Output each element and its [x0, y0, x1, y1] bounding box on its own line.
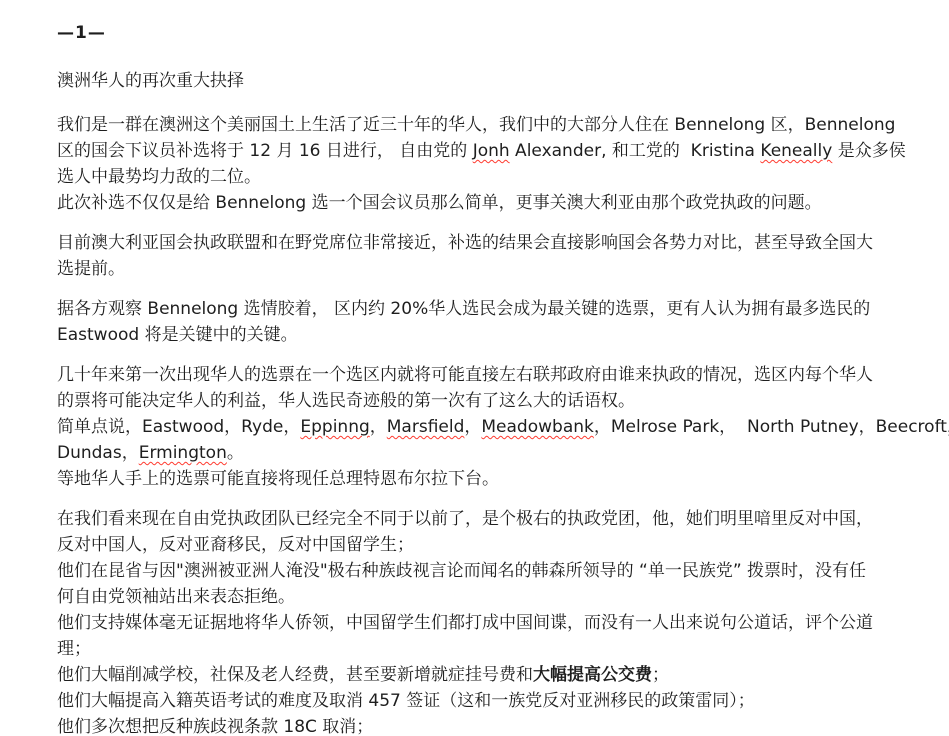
- text-segment: 。: [227, 443, 244, 463]
- text-line: 据各方观察 Bennelong 选情胶着， 区内约 20%华人选民会成为最关键的…: [57, 296, 909, 322]
- text-segment: Eastwood 将是关键中的关键。: [57, 325, 298, 345]
- paragraph: 几十年来第一次出现华人的选票在一个选区内就将可能直接左右联邦政府由谁来执政的情况…: [57, 362, 909, 492]
- text-line: 反对中国人，反对亚裔移民，反对中国留学生；: [57, 532, 909, 558]
- text-line: Dundas，Ermington。: [57, 440, 909, 466]
- text-segment: 选提前。: [57, 259, 125, 279]
- document-title: 澳洲华人的再次重大抉择: [57, 68, 909, 94]
- text-segment: 据各方观察 Bennelong 选情胶着， 区内约 20%华人选民会成为最关键的…: [57, 299, 870, 319]
- text-line: 区的国会下议员补选将于 12 月 16 日进行， 自由党的 Jonh Alexa…: [57, 138, 909, 164]
- text-segment: 几十年来第一次出现华人的选票在一个选区内就将可能直接左右联邦政府由谁来执政的情况…: [57, 365, 873, 385]
- text-segment: Alexander, 和工党的 Kristina: [510, 141, 761, 161]
- text-line: 他们大幅削减学校，社保及老人经费，甚至要新增就症挂号费和大幅提高公交费；: [57, 662, 909, 688]
- text-segment: 是众多侯: [832, 141, 905, 161]
- text-line: 他们在昆省与因"澳洲被亚洲人淹没"极右种族歧视言论而闻名的韩森所领导的 “单一民…: [57, 558, 909, 584]
- text-segment: 大幅提高公交费: [533, 665, 652, 685]
- text-segment: 等地华人手上的选票可能直接将现任总理特恩布尔拉下台。: [57, 469, 499, 489]
- text-line: 几十年来第一次出现华人的选票在一个选区内就将可能直接左右联邦政府由谁来执政的情况…: [57, 362, 909, 388]
- misspelled-word: Keneally: [760, 141, 832, 161]
- text-line: 他们大幅提高入籍英语考试的难度及取消 457 签证（这和一族党反对亚洲移民的政策…: [57, 688, 909, 714]
- misspelled-word: Jonh: [473, 141, 510, 161]
- text-segment: 理；: [57, 639, 91, 659]
- text-line: 的票将可能决定华人的利益，华人选民奇迹般的第一次有了这么大的话语权。: [57, 388, 909, 414]
- text-segment: ；: [652, 665, 669, 685]
- misspelled-word: Eppinng: [300, 417, 369, 437]
- text-segment: 他们大幅削减学校，社保及老人经费，甚至要新增就症挂号费和: [57, 665, 533, 685]
- text-line: 他们支持媒体毫无证据地将华人侨领，中国留学生们都打成中国间谍，而没有一人出来说句…: [57, 610, 909, 636]
- text-line: 何自由党领袖站出来表态拒绝。: [57, 584, 909, 610]
- text-line: 简单点说，Eastwood，Ryde，Eppinng，Marsfield，Mea…: [57, 414, 909, 440]
- text-segment: 他们支持媒体毫无证据地将华人侨领，中国留学生们都打成中国间谍，而没有一人出来说句…: [57, 613, 873, 633]
- text-segment: ，Melrose Park， North Putney，Beecroft，: [594, 417, 949, 437]
- misspelled-word: Meadowbank: [481, 417, 593, 437]
- text-line: 目前澳大利亚国会执政联盟和在野党席位非常接近，补选的结果会直接影响国会各势力对比…: [57, 230, 909, 256]
- page-number: —1—: [57, 20, 909, 46]
- text-line: 在我们看来现在自由党执政团队已经完全不同于以前了，是个极右的执政党团，他，她们明…: [57, 506, 909, 532]
- text-line: 理；: [57, 636, 909, 662]
- text-segment: 此次补选不仅仅是给 Bennelong 选一个国会议员那么简单，更事关澳大利亚由…: [57, 193, 822, 213]
- text-line: 此次补选不仅仅是给 Bennelong 选一个国会议员那么简单，更事关澳大利亚由…: [57, 190, 909, 216]
- text-segment: ，: [464, 417, 481, 437]
- paragraph: 在我们看来现在自由党执政团队已经完全不同于以前了，是个极右的执政党团，他，她们明…: [57, 506, 909, 736]
- text-line: 他们多次想把反种族歧视条款 18C 取消；: [57, 714, 909, 736]
- text-segment: 简单点说，Eastwood，Ryde，: [57, 417, 300, 437]
- text-segment: 的票将可能决定华人的利益，华人选民奇迹般的第一次有了这么大的话语权。: [57, 391, 635, 411]
- paragraph: 目前澳大利亚国会执政联盟和在野党席位非常接近，补选的结果会直接影响国会各势力对比…: [57, 230, 909, 282]
- text-line: 等地华人手上的选票可能直接将现任总理特恩布尔拉下台。: [57, 466, 909, 492]
- text-segment: 他们在昆省与因"澳洲被亚洲人淹没"极右种族歧视言论而闻名的韩森所领导的 “单一民…: [57, 561, 866, 581]
- text-line: 我们是一群在澳洲这个美丽国土上生活了近三十年的华人，我们中的大部分人住在 Ben…: [57, 112, 909, 138]
- paragraph: 据各方观察 Bennelong 选情胶着， 区内约 20%华人选民会成为最关键的…: [57, 296, 909, 348]
- text-line: Eastwood 将是关键中的关键。: [57, 322, 909, 348]
- misspelled-word: Marsfield: [387, 417, 465, 437]
- text-segment: 我们是一群在澳洲这个美丽国土上生活了近三十年的华人，我们中的大部分人住在 Ben…: [57, 115, 895, 135]
- document-page: —1— 澳洲华人的再次重大抉择 我们是一群在澳洲这个美丽国土上生活了近三十年的华…: [0, 0, 949, 736]
- text-segment: 区的国会下议员补选将于 12 月 16 日进行， 自由党的: [57, 141, 473, 161]
- text-segment: 他们多次想把反种族歧视条款 18C 取消；: [57, 717, 373, 736]
- text-line: 选人中最势均力敌的二位。: [57, 164, 909, 190]
- text-segment: 选人中最势均力敌的二位。: [57, 167, 261, 187]
- document-body: 我们是一群在澳洲这个美丽国土上生活了近三十年的华人，我们中的大部分人住在 Ben…: [57, 112, 909, 736]
- text-segment: 在我们看来现在自由党执政团队已经完全不同于以前了，是个极右的执政党团，他，她们明…: [57, 509, 873, 529]
- text-segment: 他们大幅提高入籍英语考试的难度及取消 457 签证（这和一族党反对亚洲移民的政策…: [57, 691, 755, 711]
- text-line: 选提前。: [57, 256, 909, 282]
- text-segment: 反对中国人，反对亚裔移民，反对中国留学生；: [57, 535, 414, 555]
- text-segment: Dundas，: [57, 443, 139, 463]
- text-segment: 何自由党领袖站出来表态拒绝。: [57, 587, 295, 607]
- text-segment: ，: [370, 417, 387, 437]
- misspelled-word: Ermington: [139, 443, 227, 463]
- text-segment: 目前澳大利亚国会执政联盟和在野党席位非常接近，补选的结果会直接影响国会各势力对比…: [57, 233, 873, 253]
- paragraph: 我们是一群在澳洲这个美丽国土上生活了近三十年的华人，我们中的大部分人住在 Ben…: [57, 112, 909, 216]
